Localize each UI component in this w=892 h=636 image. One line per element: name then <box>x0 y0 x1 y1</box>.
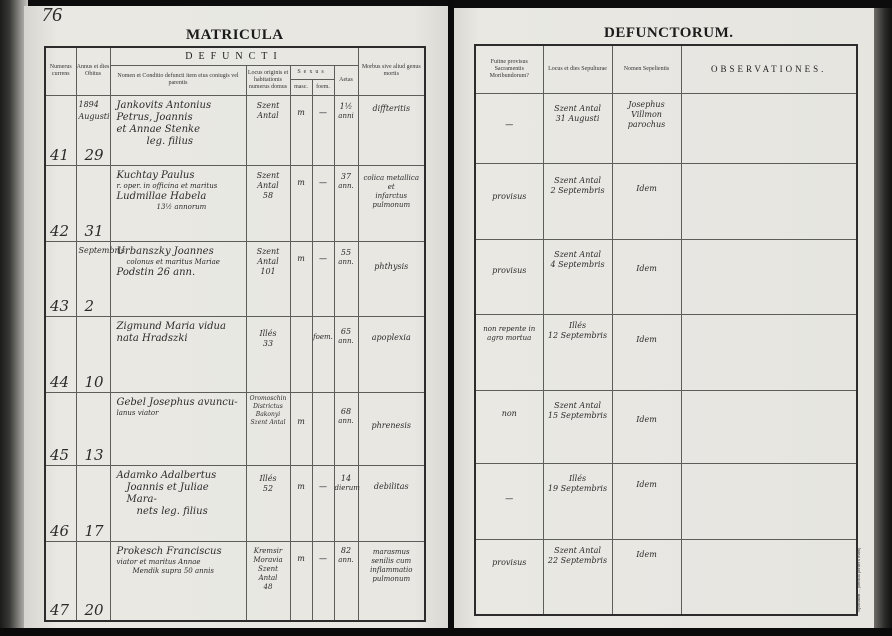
entry-provisus: provisus <box>476 540 543 568</box>
entry-aetas: 68ann. <box>335 393 358 426</box>
entry-aetas: 37ann. <box>335 166 358 191</box>
entry-morbus: debilitas <box>359 466 425 492</box>
entry-foem: — <box>313 242 334 264</box>
entry-provisus: non <box>476 391 543 419</box>
header-sepultura: Locus et dies Sepulturae <box>543 45 612 93</box>
entry-name: Zigmund Maria viduanata Hradszki <box>111 317 246 345</box>
entry-day: 29 <box>85 148 104 163</box>
entry-masc: m <box>291 242 312 264</box>
entry-morbus: phrenesis <box>359 393 425 431</box>
title-defunctorum: DEFUNCTORUM. <box>604 25 733 42</box>
entry-masc: m <box>291 542 312 564</box>
entry-masc: m <box>291 393 312 427</box>
register-row: non Szent Antal15 Septembris Idem <box>475 390 857 463</box>
entry-morbus: phthysis <box>359 242 425 272</box>
header-numerus: Numerus currens <box>45 47 76 95</box>
entry-name: Prokesch Franciscusviator et maritus Ann… <box>111 542 246 576</box>
entry-foem: — <box>313 542 334 564</box>
entry-name: Adamko AdalbertusJoannis et Juliae Mara-… <box>111 466 246 518</box>
entry-foem: — <box>313 466 334 492</box>
header-defuncti: DEFUNCTI <box>110 47 358 65</box>
entry-sepultura: Szent Antal15 Septembris <box>544 391 612 421</box>
header-morbus: Morbus sive aliud genus mortis <box>358 47 425 95</box>
entry-masc: m <box>291 466 312 492</box>
entry-day: 13 <box>85 448 104 463</box>
header-sacramenta: Fuitne provisus Sacramentis Moribundorum… <box>475 45 543 93</box>
register-row: non repente in agro mortua Illés12 Septe… <box>475 314 857 390</box>
register-row: provisus Szent Antal4 Septembris Idem <box>475 239 857 314</box>
entry-name: Jankovits AntoniusPetrus, Joanniset Anna… <box>111 96 246 148</box>
register-row: 41 1894Augusti29 Jankovits AntoniusPetru… <box>45 95 425 165</box>
entry-sepultura: Szent Antal4 Septembris <box>544 240 612 270</box>
entry-aetas: 82ann. <box>335 542 358 565</box>
entry-locus: Szent Antal101 <box>247 242 290 277</box>
entry-locus: Szent Antal58 <box>247 166 290 201</box>
entry-aetas: 65ann. <box>335 317 358 346</box>
entry-locus: Szent Antal <box>247 96 290 121</box>
entry-day: 10 <box>85 375 104 390</box>
scan-bottom-border <box>0 628 892 636</box>
entry-aetas: 14dierum <box>335 466 358 493</box>
entry-sepeliens: Idem <box>613 315 681 345</box>
header-observationes: OBSERVATIONES. <box>681 45 857 93</box>
entry-foem: — <box>313 166 334 188</box>
header-sexus: Sexus <box>290 65 334 79</box>
header-foem: foem. <box>312 79 334 95</box>
entry-sepultura: Illés19 Septembris <box>544 464 612 494</box>
entry-masc: m <box>291 96 312 118</box>
header-aetas: Aetas <box>334 65 358 95</box>
left-register-table: Numerus currens Annus et dies Obitus DEF… <box>44 46 426 622</box>
entry-day: 2 <box>85 299 95 314</box>
entry-name: Urbanszky Joannescolonus et maritus Mari… <box>111 242 246 279</box>
entry-sepeliens: Idem <box>613 164 681 194</box>
register-row: 43 Septembris2 Urbanszky Joannescolonus … <box>45 241 425 316</box>
entry-provisus: — <box>476 94 543 130</box>
entry-number: 41 <box>50 148 69 163</box>
book-edge-right <box>874 8 892 636</box>
entry-sepultura: Szent Antal2 Septembris <box>544 164 612 196</box>
printer-imprint: Nyomatott ... (vertical printer's mark) <box>856 540 862 612</box>
register-row: 45 13 Gebel Josephus avuncu-lanus viator… <box>45 392 425 465</box>
entry-morbus: marasmussenilis cuminflammatiopulmonum <box>359 542 425 584</box>
entry-provisus: non repente in agro mortua <box>476 315 543 343</box>
entry-sepultura: Illés12 Septembris <box>544 315 612 341</box>
register-row: provisus Szent Antal22 Septembris Idem <box>475 539 857 615</box>
entry-locus: Illés52 <box>247 466 290 494</box>
entry-foem <box>313 393 334 405</box>
entry-sepeliens: Idem <box>613 540 681 560</box>
entry-sepeliens: Idem <box>613 464 681 490</box>
header-sepeliens: Nomen Sepelientis <box>612 45 681 93</box>
entry-foem: foem. <box>313 317 334 342</box>
entry-day: 31 <box>85 224 104 239</box>
header-locus: Locus originis et habitationis numerus d… <box>246 65 290 95</box>
header-annus: Annus et dies Obitus <box>76 47 110 95</box>
entry-masc: m <box>291 166 312 188</box>
entry-number: 42 <box>50 224 69 239</box>
entry-number: 46 <box>50 524 69 539</box>
entry-sepeliens: Idem <box>613 391 681 425</box>
entry-day: 20 <box>85 603 104 618</box>
register-row: — Illés19 Septembris Idem <box>475 463 857 539</box>
header-nomen: Nomen et Conditio defuncti item eius con… <box>110 65 246 95</box>
entry-provisus: provisus <box>476 164 543 202</box>
entry-sepeliens: JosephusVillmonparochus <box>613 94 681 130</box>
entry-name: Kuchtay Paulusr. oper. in officina et ma… <box>111 166 246 212</box>
entry-masc <box>291 317 312 329</box>
entry-locus: KremsirMoraviaSzent Antal48 <box>247 542 290 592</box>
entry-number: 44 <box>50 375 69 390</box>
entry-locus: OromoschinDistrictusBakonyiSzent Antal <box>247 393 290 427</box>
entry-morbus: colica metallicaetinfarctus pulmonum <box>359 166 425 210</box>
header-masc: masc. <box>290 79 312 95</box>
entry-sepultura: Szent Antal31 Augusti <box>544 94 612 124</box>
register-row: 47 20 Prokesch Franciscusviator et marit… <box>45 541 425 621</box>
entry-provisus: — <box>476 464 543 504</box>
entry-month: Septembris <box>79 246 125 256</box>
entry-year: 1894 <box>79 100 99 110</box>
entry-aetas: 1½anni <box>335 96 358 121</box>
entry-number: 47 <box>50 603 69 618</box>
register-row: 44 10 Zigmund Maria viduanata Hradszki I… <box>45 316 425 392</box>
entry-sepultura: Szent Antal22 Septembris <box>544 540 612 566</box>
entry-name: Gebel Josephus avuncu-lanus viator <box>111 393 246 418</box>
entry-foem: — <box>313 96 334 118</box>
title-matricula: MATRICULA <box>186 27 284 44</box>
entry-number: 43 <box>50 299 69 314</box>
entry-morbus: apoplexia <box>359 317 425 343</box>
entry-month: Augusti <box>79 112 110 122</box>
register-row: provisus Szent Antal2 Septembris Idem <box>475 163 857 239</box>
entry-morbus: diffteritis <box>359 96 425 114</box>
entry-day: 17 <box>85 524 104 539</box>
folio-number: 76 <box>42 4 62 27</box>
entry-locus: Illés33 <box>247 317 290 349</box>
register-row: 46 17 Adamko AdalbertusJoannis et Juliae… <box>45 465 425 541</box>
entry-provisus: provisus <box>476 240 543 276</box>
register-row: — Szent Antal31 Augusti JosephusVillmonp… <box>475 93 857 163</box>
entry-sepeliens: Idem <box>613 240 681 274</box>
right-register-table: Fuitne provisus Sacramentis Moribundorum… <box>474 44 858 616</box>
entry-number: 45 <box>50 448 69 463</box>
entry-aetas: 55ann. <box>335 242 358 267</box>
register-row: 42 31 Kuchtay Paulusr. oper. in officina… <box>45 165 425 241</box>
